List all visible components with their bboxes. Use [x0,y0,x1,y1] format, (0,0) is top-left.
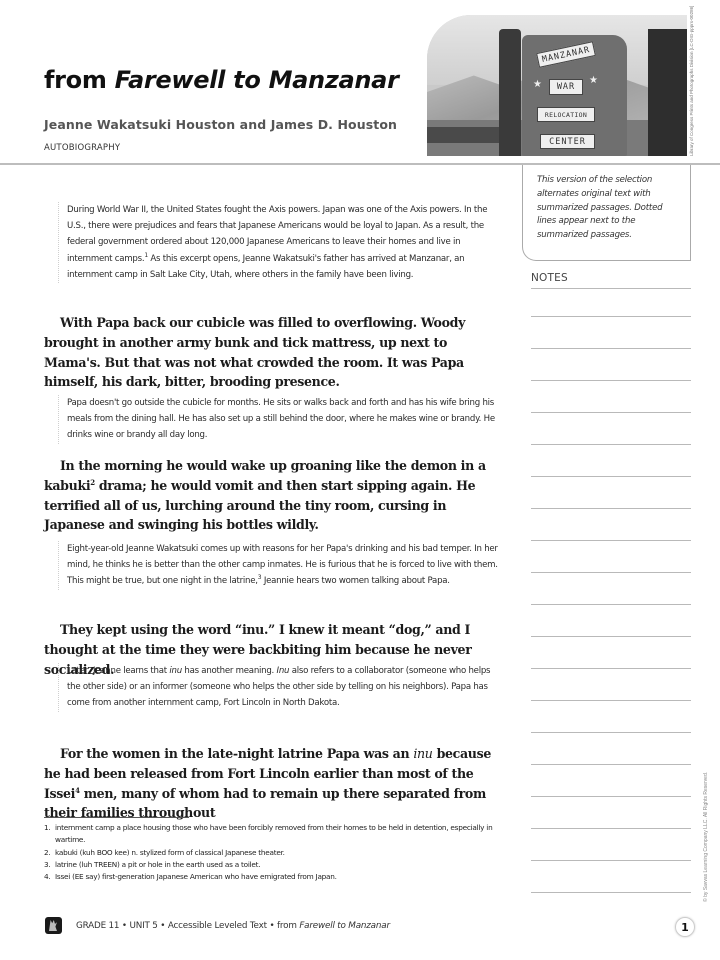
manzanar-sign-photo: MANZANAR WAR ★ ★ RELOCATION CENTER [427,15,687,156]
summary-passage-1: During World War II, the United States f… [58,202,503,283]
title-prefix: from [44,66,115,94]
italic-term: Inu [277,666,290,676]
notes-writing-line[interactable] [531,540,691,541]
sign-line: WAR [549,79,583,95]
footnote: 3.latrine (luh TREEN) a pit or hole in t… [44,859,504,871]
footnote-text: latrine (luh TREEN) a pit or hole in the… [55,859,260,871]
sign-line: RELOCATION [537,107,595,122]
footnotes: 1.internment camp a place housing those … [44,822,504,883]
notes-writing-line[interactable] [531,700,691,701]
footnote-number: 3. [44,859,55,871]
footnote: 4.Issei (EE say) first-generation Japane… [44,871,504,883]
footnote-number: 2. [44,847,55,859]
summary-passage-3: Eight-year-old Jeanne Wakatsuki comes up… [58,541,503,590]
genre-label: AUTOBIOGRAPHY [44,143,120,153]
star-icon: ★ [589,75,598,86]
notes-writing-line[interactable] [531,288,691,289]
copyright: © by Savvas Learning Company LLC. All Ri… [703,732,713,902]
footnote: 2.kabuki (kuh BOO kee) n. stylized form … [44,847,504,859]
page-number: 1 [675,917,695,937]
photo-credit: Library of Congress Prints and Photograp… [689,18,701,156]
notes-label: NOTES [531,272,568,284]
notes-writing-line[interactable] [531,604,691,605]
notes-writing-line[interactable] [531,796,691,797]
italic-term: inu [169,666,182,676]
footnote: 1.internment camp a place housing those … [44,822,504,847]
notes-writing-line[interactable] [531,732,691,733]
original-passage-1: With Papa back our cubicle was filled to… [44,313,506,392]
notes-writing-line[interactable] [531,348,691,349]
footnote-number: 4. [44,871,55,883]
notes-writing-line[interactable] [531,572,691,573]
authors: Jeanne Wakatsuki Houston and James D. Ho… [44,117,397,132]
footnote-divider [44,817,189,818]
notes-writing-line[interactable] [531,508,691,509]
summary-text: Later, Jeanne learns that [67,666,169,676]
notes-writing-line[interactable] [531,828,691,829]
notes-writing-line[interactable] [531,892,691,893]
version-info-text: This version of the selection alternates… [537,174,680,243]
page-title: from Farewell to Manzanar [44,66,399,94]
photo-credit-text: Library of Congress Prints and Photograp… [689,18,695,156]
footnote-text: internment camp a place housing those wh… [55,822,504,847]
footnote-text: Issei (EE say) first-generation Japanese… [55,871,337,883]
notes-writing-line[interactable] [531,636,691,637]
footer-text-prefix: GRADE 11 • UNIT 5 • Accessible Leveled T… [76,921,299,931]
original-text: drama; he would vomit and then start sip… [44,478,475,533]
footnote-text: kabuki (kuh BOO kee) n. stylized form of… [55,847,285,859]
notes-writing-line[interactable] [531,668,691,669]
page-header: from Farewell to Manzanar Jeanne Wakatsu… [0,0,720,163]
summary-passage-2: Papa doesn't go outside the cubicle for … [58,395,503,444]
footer-text-italic: Farewell to Manzanar [299,921,390,931]
summary-text: has another meaning. [182,666,277,676]
footer-text: GRADE 11 • UNIT 5 • Accessible Leveled T… [76,921,390,931]
notes-writing-line[interactable] [531,412,691,413]
notes-writing-line[interactable] [531,316,691,317]
title-italic: Farewell to Manzanar [115,66,399,94]
notes-writing-line[interactable] [531,764,691,765]
summary-passage-4: Later, Jeanne learns that inu has anothe… [58,663,503,712]
original-passage-2: In the morning he would wake up groaning… [44,456,506,535]
footnote-number: 1. [44,822,55,847]
publisher-logo-icon [45,917,62,934]
star-icon: ★ [533,79,542,90]
copyright-text: © by Savvas Learning Company LLC. All Ri… [703,732,709,902]
original-passage-4: For the women in the late-night latrine … [44,744,506,823]
summary-text: Jeannie hears two women talking about Pa… [261,576,449,586]
notes-writing-line[interactable] [531,476,691,477]
original-text: men, many of whom had to remain up there… [44,786,486,821]
notes-writing-line[interactable] [531,444,691,445]
italic-term: inu [413,746,432,761]
sign-line: CENTER [540,134,595,149]
notes-writing-line[interactable] [531,380,691,381]
original-text: For the women in the late-night latrine … [60,746,413,761]
version-info-box: This version of the selection alternates… [522,165,691,261]
notes-writing-line[interactable] [531,860,691,861]
